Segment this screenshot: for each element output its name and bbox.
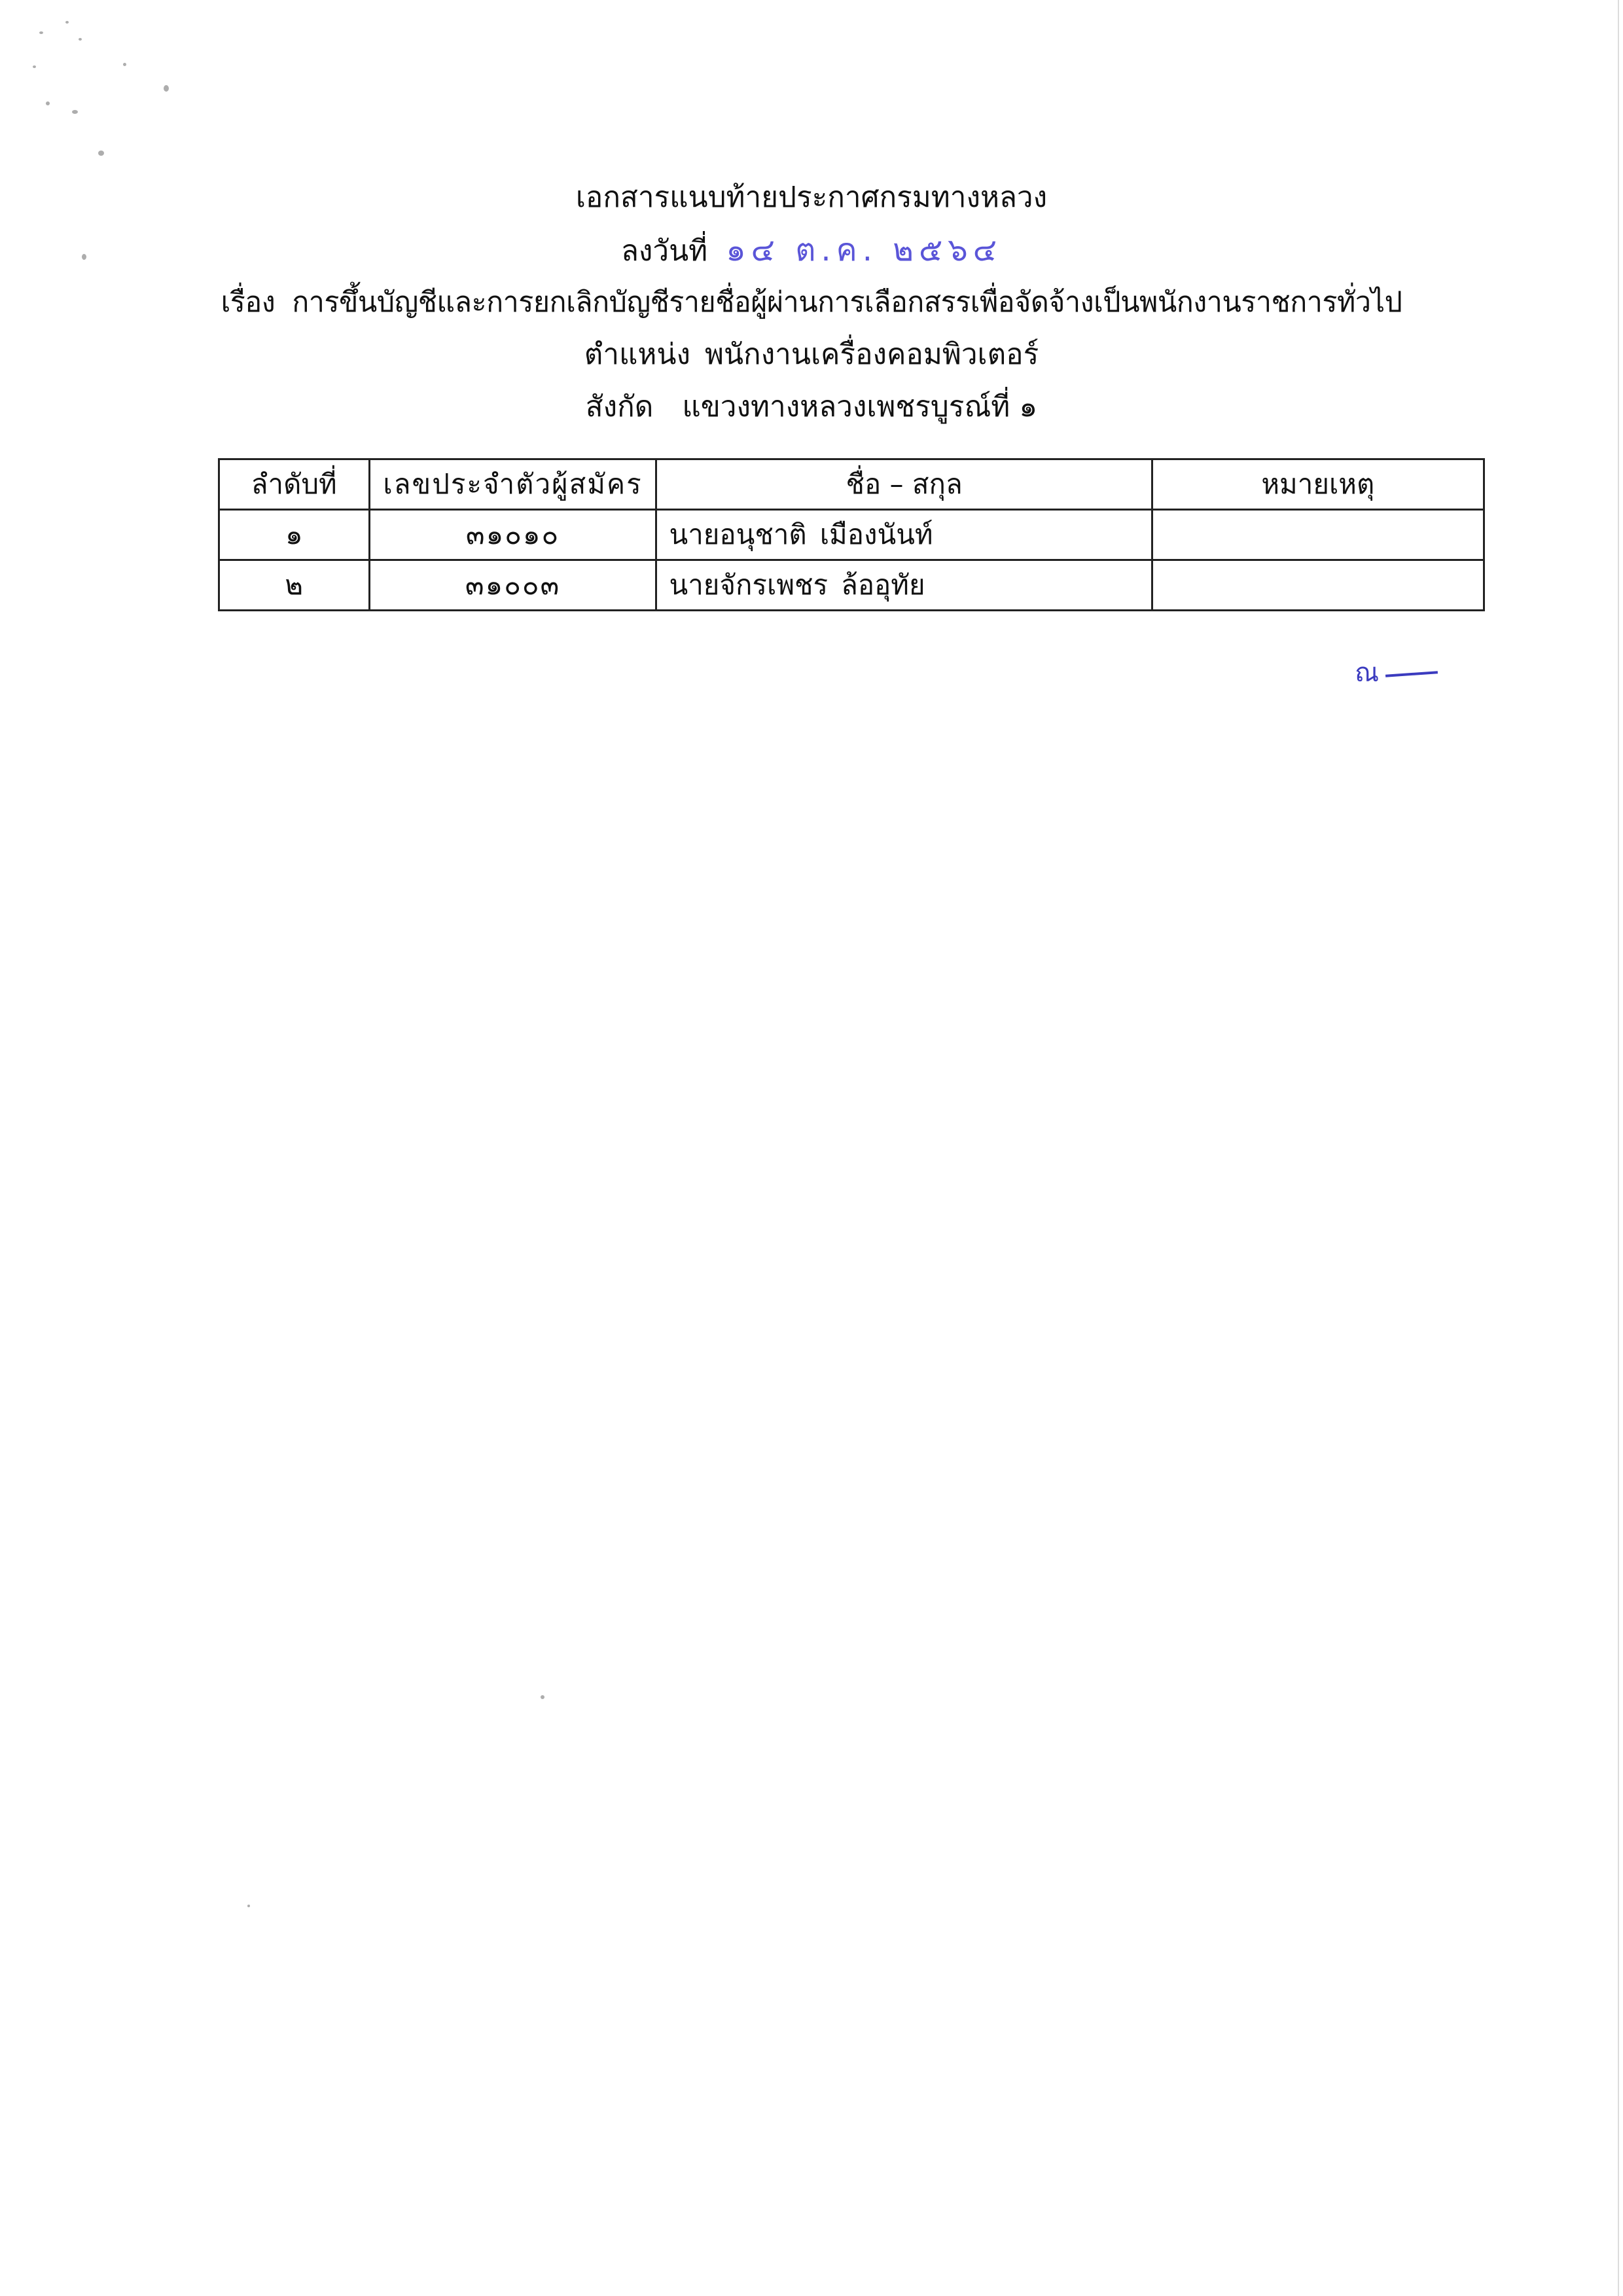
- cell-remarks: [1152, 560, 1484, 611]
- initials-stroke: [1385, 671, 1438, 677]
- position-line: ตำแหน่งพนักงานเครื่องคอมพิวเตอร์: [0, 329, 1623, 381]
- scan-speck: [98, 151, 104, 156]
- date-line: ลงวันที่๑๔ ต.ค. ๒๕๖๔: [0, 224, 1623, 276]
- scan-speck: [65, 21, 69, 24]
- subject-text: การขึ้นบัญชีและการยกเลิกบัญชีรายชื่อผู้ผ…: [292, 286, 1402, 319]
- date-stamp: ๑๔ ต.ค. ๒๕๖๔: [726, 232, 1002, 268]
- document-header: เอกสารแนบท้ายประกาศกรมทางหลวง ลงวันที่๑๔…: [0, 171, 1623, 433]
- scan-speck: [79, 38, 82, 41]
- header-full-name: ชื่อ – สกุล: [656, 459, 1152, 510]
- header-remarks: หมายเหตุ: [1152, 459, 1484, 510]
- subject-line: เรื่องการขึ้นบัญชีและการยกเลิกบัญชีรายชื…: [0, 276, 1623, 329]
- initials-text: ณ: [1355, 658, 1379, 688]
- first-name: นายจักรเพชร: [669, 569, 828, 601]
- cell-order: ๒: [219, 560, 370, 611]
- document-title: เอกสารแนบท้ายประกาศกรมทางหลวง: [0, 171, 1623, 224]
- scan-speck: [72, 110, 78, 114]
- scan-speck: [39, 31, 43, 34]
- position-text: พนักงานเครื่องคอมพิวเตอร์: [705, 338, 1039, 371]
- cell-full-name: นายอนุชาติเมืองนันท์: [656, 510, 1152, 560]
- last-name: เมืองนันท์: [820, 518, 933, 550]
- scan-speck: [164, 85, 169, 92]
- scan-speck: [541, 1695, 544, 1699]
- cell-applicant-id: ๓๑๐๐๓: [369, 560, 656, 611]
- first-name: นายอนุชาติ: [669, 518, 806, 550]
- table-row: ๒ ๓๑๐๐๓ นายจักรเพชรล้ออุทัย: [219, 560, 1484, 611]
- cell-order: ๑: [219, 510, 370, 560]
- header-applicant-id: เลขประจำตัวผู้สมัคร: [369, 459, 656, 510]
- scan-speck: [123, 63, 126, 66]
- scan-speck: [46, 101, 50, 105]
- handwritten-initials: ณ: [1355, 651, 1438, 693]
- affiliation-label: สังกัด: [586, 390, 654, 423]
- last-name: ล้ออุทัย: [841, 569, 925, 601]
- affiliation-text: แขวงทางหลวงเพชรบูรณ์ที่ ๑: [682, 390, 1037, 423]
- cell-remarks: [1152, 510, 1484, 560]
- subject-label: เรื่อง: [221, 286, 276, 319]
- table-row: ๑ ๓๑๐๑๐ นายอนุชาติเมืองนันท์: [219, 510, 1484, 560]
- table-header-row: ลำดับที่ เลขประจำตัวผู้สมัคร ชื่อ – สกุล…: [219, 459, 1484, 510]
- affiliation-line: สังกัดแขวงทางหลวงเพชรบูรณ์ที่ ๑: [0, 381, 1623, 433]
- cell-applicant-id: ๓๑๐๑๐: [369, 510, 656, 560]
- date-label: ลงวันที่: [621, 234, 707, 268]
- header-order: ลำดับที่: [219, 459, 370, 510]
- position-label: ตำแหน่ง: [584, 338, 690, 371]
- scan-speck: [247, 1905, 250, 1907]
- candidate-table: ลำดับที่ เลขประจำตัวผู้สมัคร ชื่อ – สกุล…: [218, 458, 1485, 611]
- scan-speck: [33, 65, 36, 68]
- cell-full-name: นายจักรเพชรล้ออุทัย: [656, 560, 1152, 611]
